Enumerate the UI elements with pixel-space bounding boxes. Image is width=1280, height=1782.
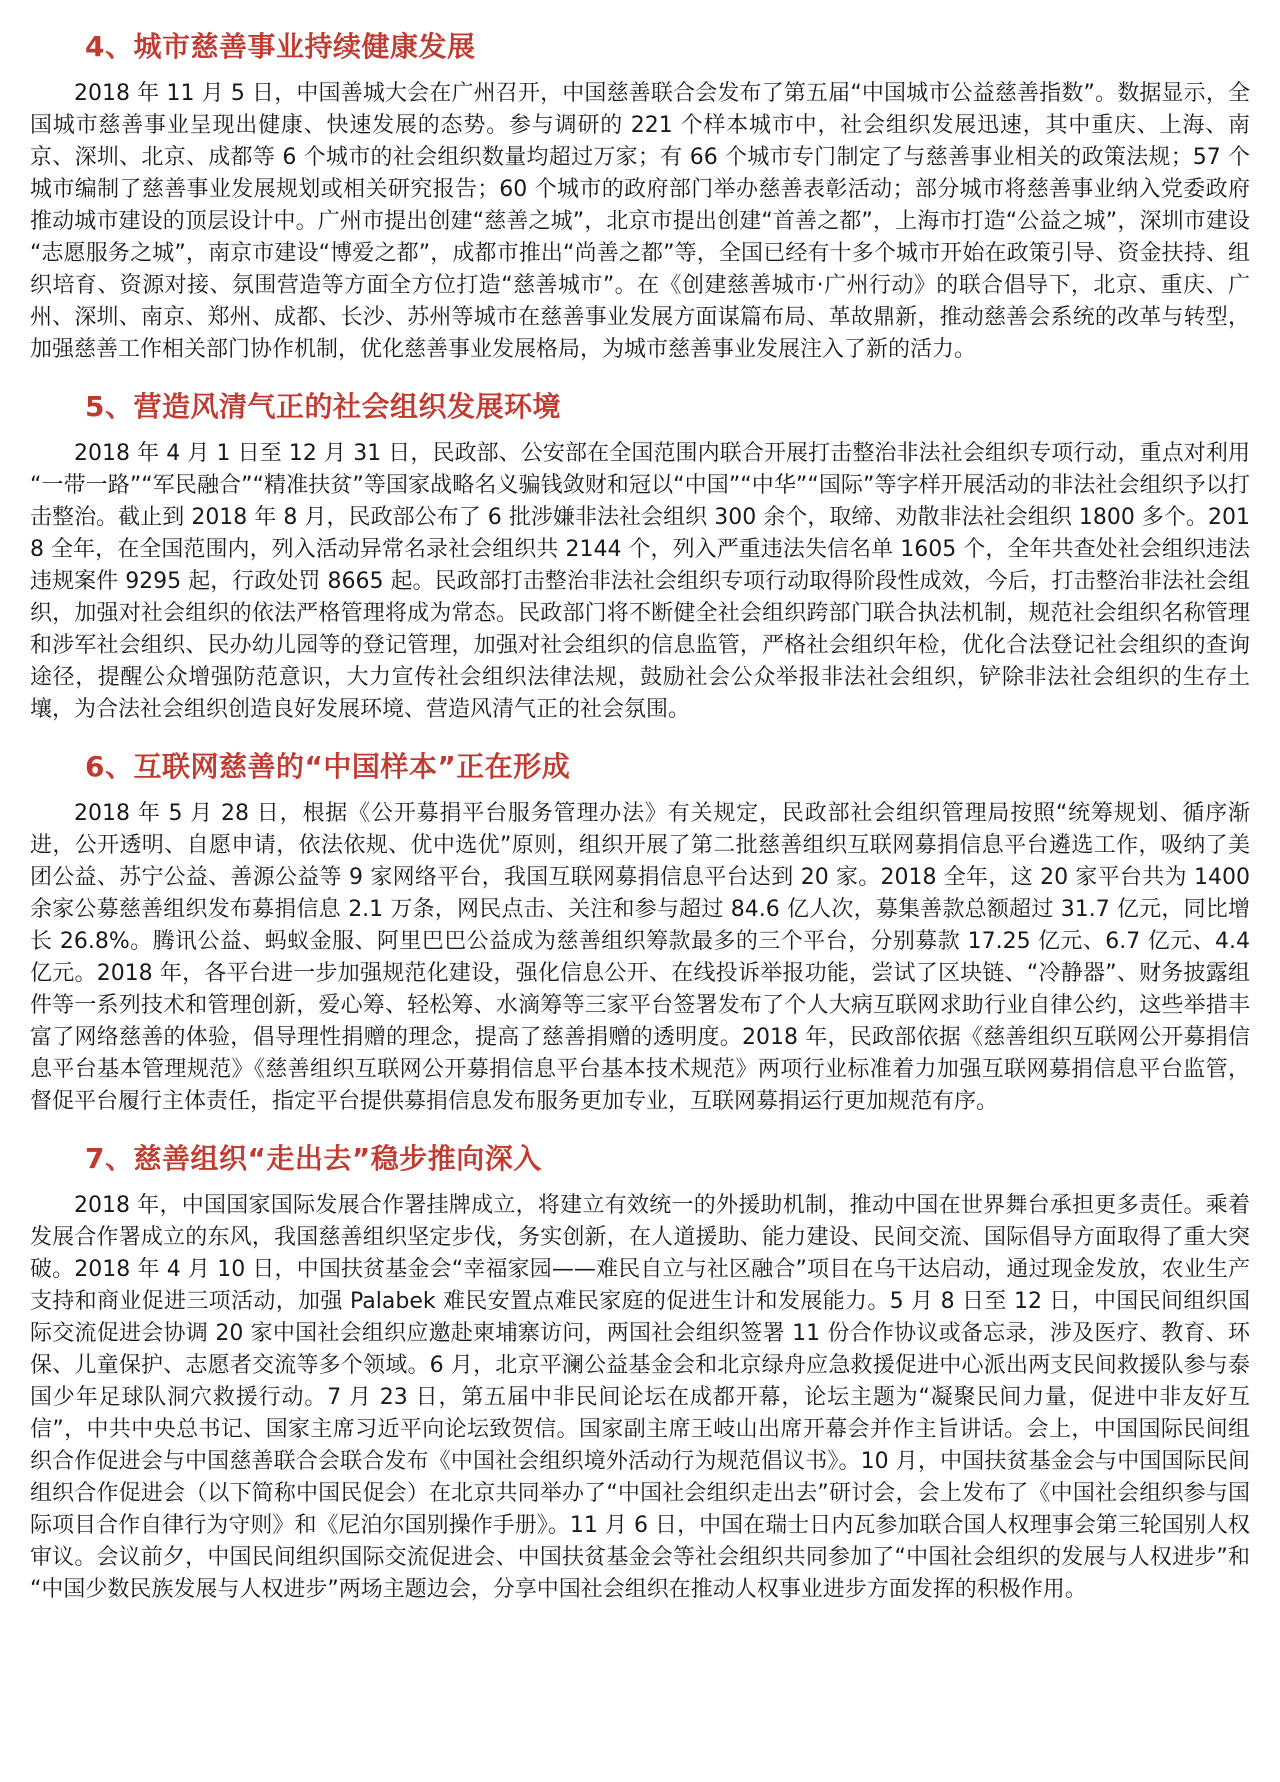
section-5: 5、营造风清气正的社会组织发展环境 2018 年 4 月 1 日至 12 月 3… xyxy=(30,390,1250,726)
section-4: 4、城市慈善事业持续健康发展 2018 年 11 月 5 日，中国善城大会在广州… xyxy=(30,30,1250,366)
section-5-heading: 5、营造风清气正的社会组织发展环境 xyxy=(30,390,1250,424)
section-4-heading: 4、城市慈善事业持续健康发展 xyxy=(30,30,1250,64)
document-page: 4、城市慈善事业持续健康发展 2018 年 11 月 5 日，中国善城大会在广州… xyxy=(0,0,1280,1666)
section-6: 6、互联网慈善的“中国样本”正在形成 2018 年 5 月 28 日，根据《公开… xyxy=(30,750,1250,1118)
section-4-body: 2018 年 11 月 5 日，中国善城大会在广州召开，中国慈善联合会发布了第五… xyxy=(30,78,1250,366)
section-6-body: 2018 年 5 月 28 日，根据《公开募捐平台服务管理办法》有关规定，民政部… xyxy=(30,798,1250,1118)
section-7: 7、慈善组织“走出去”稳步推向深入 2018 年，中国国家国际发展合作署挂牌成立… xyxy=(30,1142,1250,1606)
section-5-body: 2018 年 4 月 1 日至 12 月 31 日，民政部、公安部在全国范围内联… xyxy=(30,438,1250,726)
section-6-heading: 6、互联网慈善的“中国样本”正在形成 xyxy=(30,750,1250,784)
section-7-body: 2018 年，中国国家国际发展合作署挂牌成立，将建立有效统一的外援助机制，推动中… xyxy=(30,1190,1250,1606)
section-7-heading: 7、慈善组织“走出去”稳步推向深入 xyxy=(30,1142,1250,1176)
